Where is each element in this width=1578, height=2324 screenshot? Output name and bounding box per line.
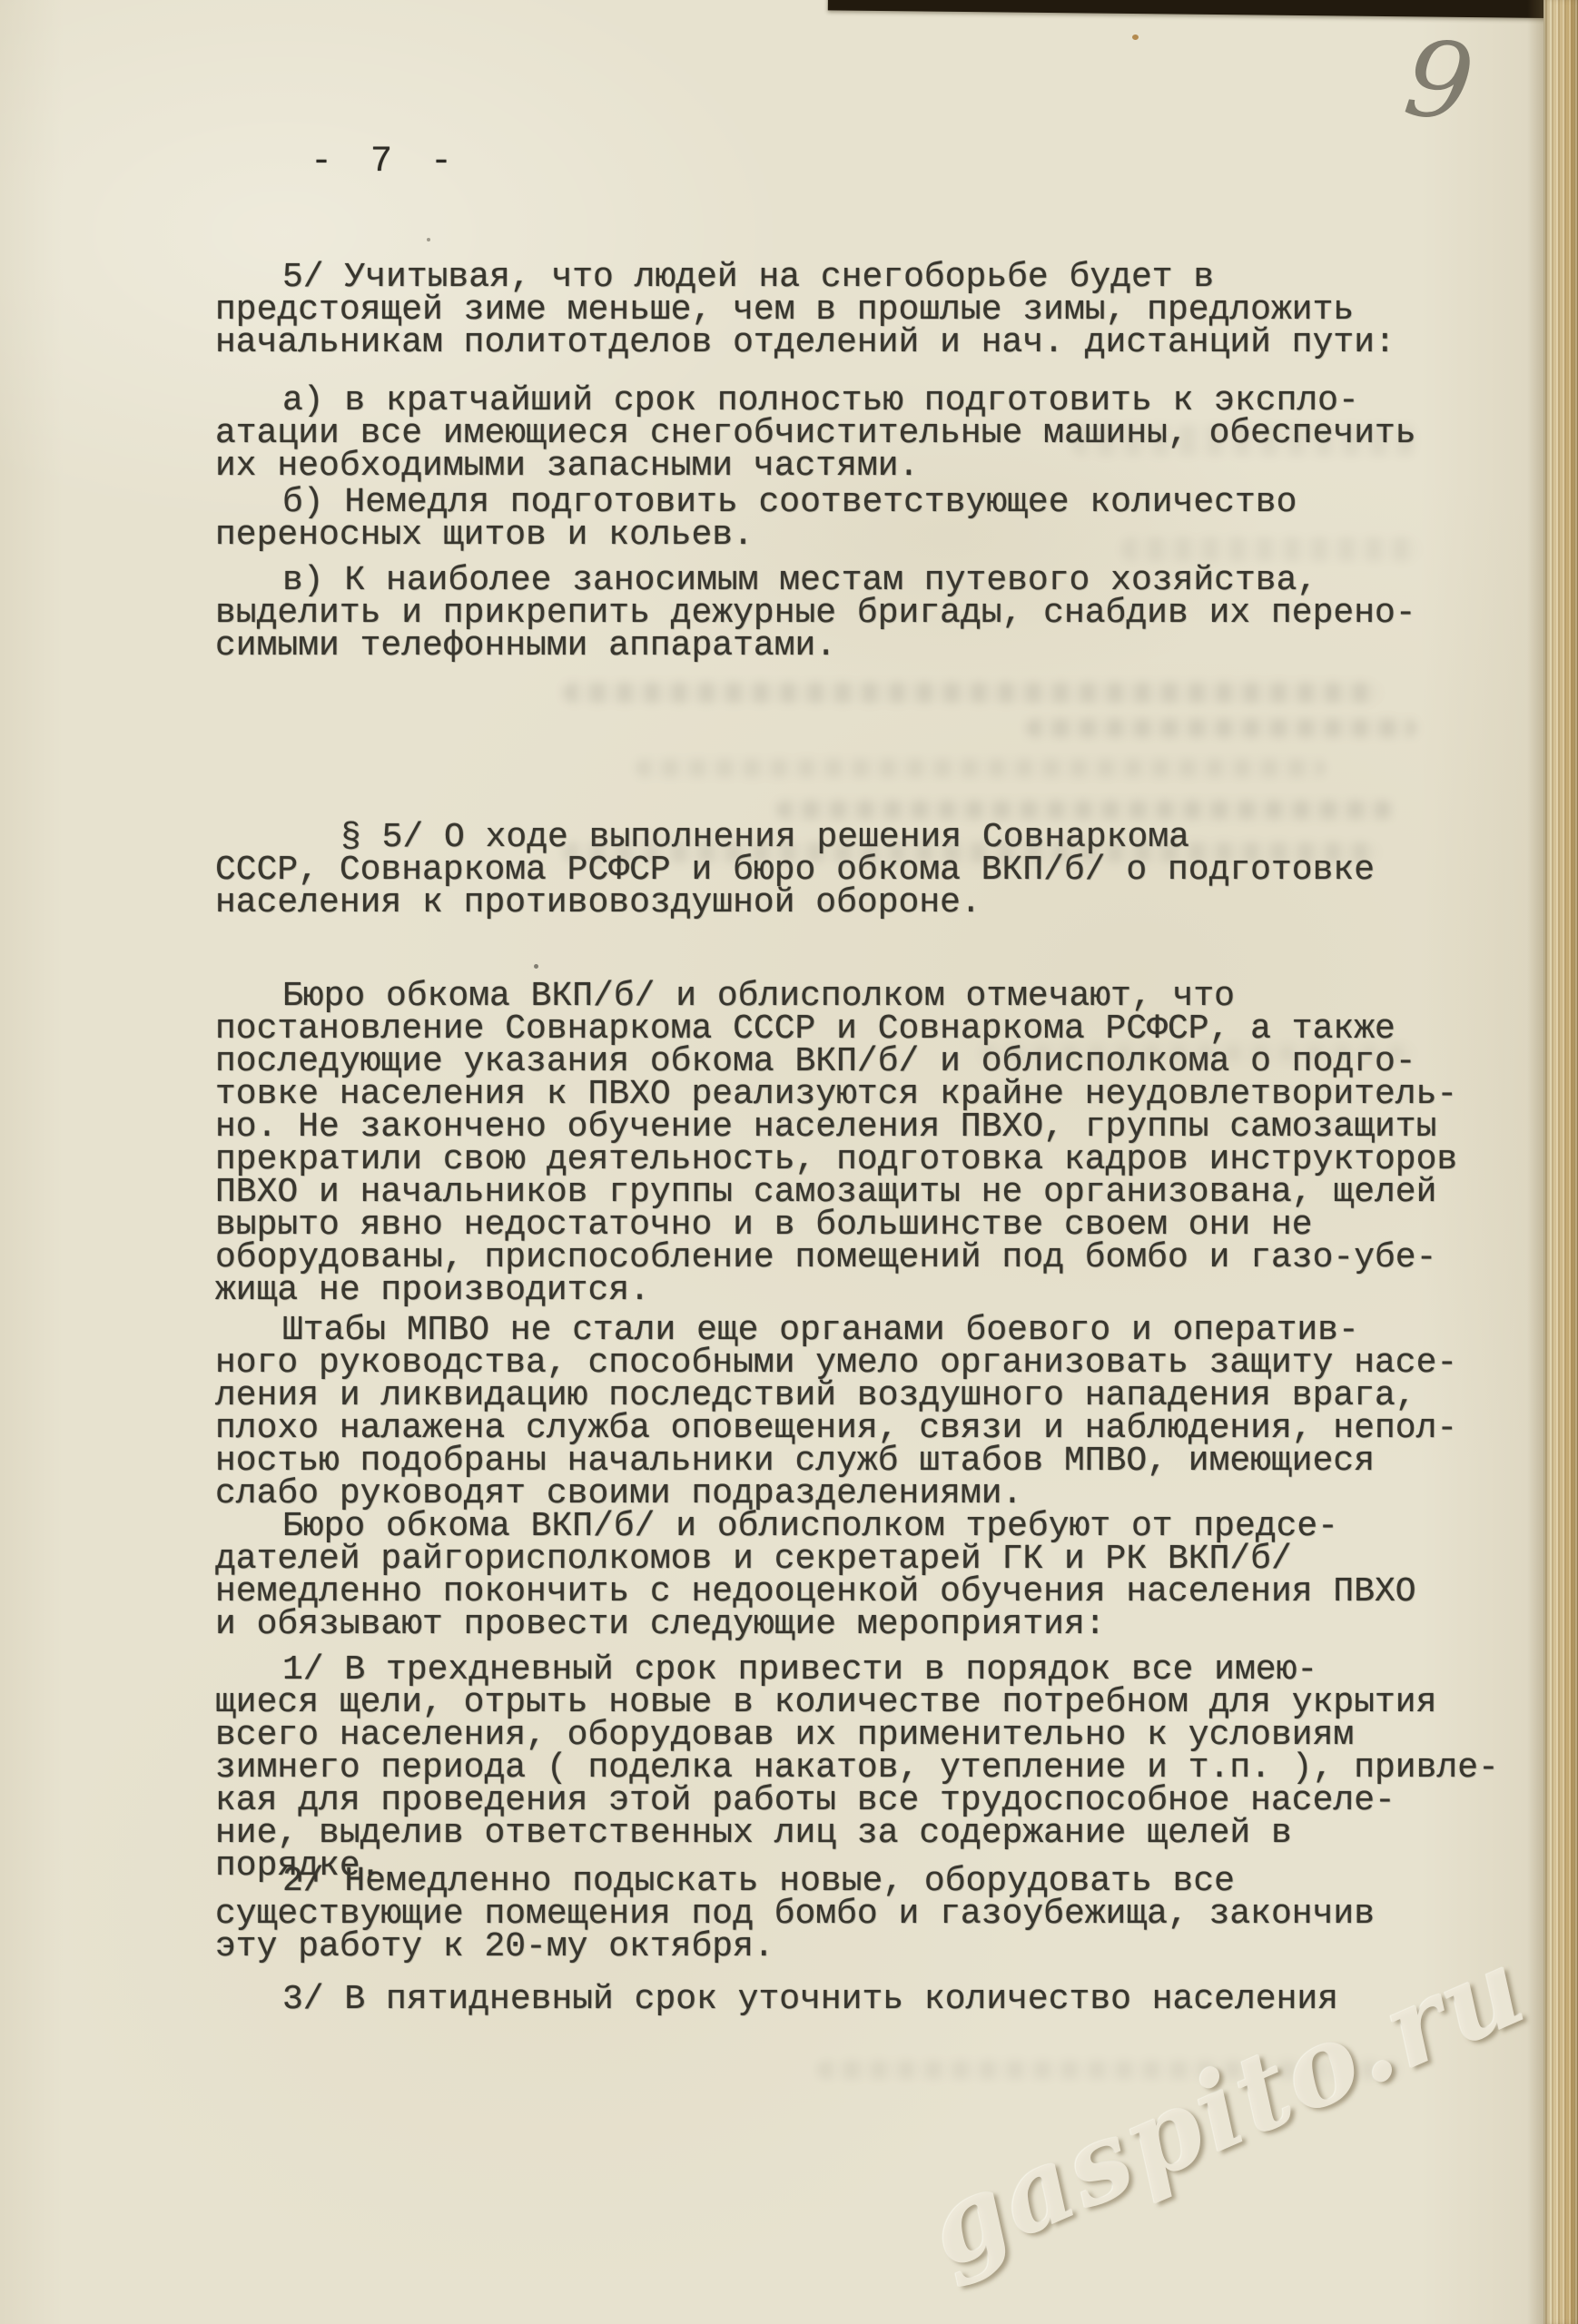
text-line: зимнего периода ( поделка накатов, утепл… <box>215 1752 1523 1785</box>
paragraph-resolution-notes: Бюро обкома ВКП/б/ и облисполком отмечаю… <box>215 980 1523 1307</box>
paragraph-item-v: в) К наиболее заносимым местам путевого … <box>215 565 1523 663</box>
handwritten-page-number: 9 <box>1398 16 1480 146</box>
scanned-document-page: 9 - 7 - 5/ Учитывая, что людей на снегоб… <box>0 0 1578 2324</box>
paper-speck <box>534 964 538 969</box>
text-line: 5/ Учитывая, что людей на снегоборьбе бу… <box>215 261 1523 294</box>
text-line: немедленно покончить с недооценкой обуче… <box>215 1576 1523 1609</box>
text-line: § 5/ О ходе выполнения решения Совнарком… <box>215 822 1523 854</box>
section-heading: § 5/ О ходе выполнения решения Совнарком… <box>215 822 1523 920</box>
text-line: предстоящей зиме меньше, чем в прошлые з… <box>215 294 1523 327</box>
text-line: Бюро обкома ВКП/б/ и облисполком требуют… <box>215 1511 1523 1543</box>
paragraph-mpvo-staffs: Штабы МПВО не стали еще органами боевого… <box>215 1315 1523 1511</box>
watermark: gaspito.ru <box>908 1922 1543 2292</box>
text-line: ного руководства, способными умело орган… <box>215 1347 1523 1380</box>
text-line: постановление Совнаркома СССР и Совнарко… <box>215 1013 1523 1046</box>
scan-background-edge <box>828 0 1578 19</box>
text-line: атации все имеющиеся снегобчистительные … <box>215 418 1523 450</box>
text-line: вырыто явно недостаточно и в большинстве… <box>215 1209 1523 1242</box>
bleedthrough-artifact <box>1026 719 1416 737</box>
text-line: населения к противовоздушной обороне. <box>215 887 1523 920</box>
text-line: ние, выделив ответственных лиц за содерж… <box>215 1817 1523 1850</box>
text-line: последующие указания обкома ВКП/б/ и обл… <box>215 1046 1523 1078</box>
text-line: СССР, Совнаркома РСФСР и бюро обкома ВКП… <box>215 854 1523 887</box>
bleedthrough-artifact <box>636 759 1326 777</box>
text-line: выделить и прикрепить дежурные бригады, … <box>215 597 1523 630</box>
text-line: ностью подобраны начальники служб штабов… <box>215 1445 1523 1478</box>
text-line: ления и ликвидацию последствий воздушног… <box>215 1380 1523 1413</box>
text-line: б) Немедля подготовить соответствующее к… <box>215 487 1523 519</box>
page-number: - 7 - <box>311 142 460 182</box>
bleedthrough-artifact <box>563 683 1380 703</box>
paper-speck <box>1132 34 1139 40</box>
text-line: но. Не закончено обучение населения ПВХО… <box>215 1111 1523 1144</box>
text-line: дателей райгорисполкомов и секретарей ГК… <box>215 1543 1523 1576</box>
paragraph-measure-2: 2/ Немедленно подыскать новые, оборудова… <box>215 1866 1523 1964</box>
book-page-edges <box>1543 0 1578 2324</box>
text-line: 1/ В трехдневный срок привести в порядок… <box>215 1654 1523 1687</box>
text-line: товке населения к ПВХО реализуются крайн… <box>215 1078 1523 1111</box>
text-line: всего населения, оборудовав их примените… <box>215 1719 1523 1752</box>
paragraph-item-b: б) Немедля подготовить соответствующее к… <box>215 487 1523 552</box>
text-line: жища не производится. <box>215 1275 1523 1307</box>
text-line: прекратили свою деятельность, подготовка… <box>215 1144 1523 1177</box>
page-edge-shadow <box>1527 0 1543 2324</box>
text-line: эту работу к 20-му октября. <box>215 1931 1523 1964</box>
paragraph-demands: Бюро обкома ВКП/б/ и облисполком требуют… <box>215 1511 1523 1641</box>
paragraph-measure-1: 1/ В трехдневный срок привести в порядок… <box>215 1654 1523 1883</box>
paragraph-item-5: 5/ Учитывая, что людей на снегоборьбе бу… <box>215 261 1523 359</box>
text-line: Штабы МПВО не стали еще органами боевого… <box>215 1315 1523 1347</box>
text-line: щиеся щели, отрыть новые в количестве по… <box>215 1687 1523 1719</box>
text-line: ПВХО и начальников группы самозащиты не … <box>215 1177 1523 1209</box>
paragraph-item-a: а) в кратчайший срок полностью подготови… <box>215 385 1523 483</box>
text-line: слабо руководят своими подразделениями. <box>215 1478 1523 1511</box>
text-line: кая для проведения этой работы все трудо… <box>215 1785 1523 1817</box>
text-line: а) в кратчайший срок полностью подготови… <box>215 385 1523 418</box>
text-line: переносных щитов и кольев. <box>215 519 1523 552</box>
text-line: симыми телефонными аппаратами. <box>215 630 1523 663</box>
text-line: плохо налажена служба оповещения, связи … <box>215 1413 1523 1445</box>
paper-speck <box>427 238 430 241</box>
bleedthrough-artifact <box>776 801 1394 819</box>
text-line: в) К наиболее заносимым местам путевого … <box>215 565 1523 597</box>
text-line: существующие помещения под бомбо и газоу… <box>215 1898 1523 1931</box>
text-line: Бюро обкома ВКП/б/ и облисполком отмечаю… <box>215 980 1523 1013</box>
text-line: начальникам политотделов отделений и нач… <box>215 327 1523 359</box>
text-line: 2/ Немедленно подыскать новые, оборудова… <box>215 1866 1523 1898</box>
text-line: оборудованы, приспособление помещений по… <box>215 1242 1523 1275</box>
text-line: их необходимыми запасными частями. <box>215 450 1523 483</box>
text-line: и обязывают провести следующие мероприят… <box>215 1609 1523 1641</box>
